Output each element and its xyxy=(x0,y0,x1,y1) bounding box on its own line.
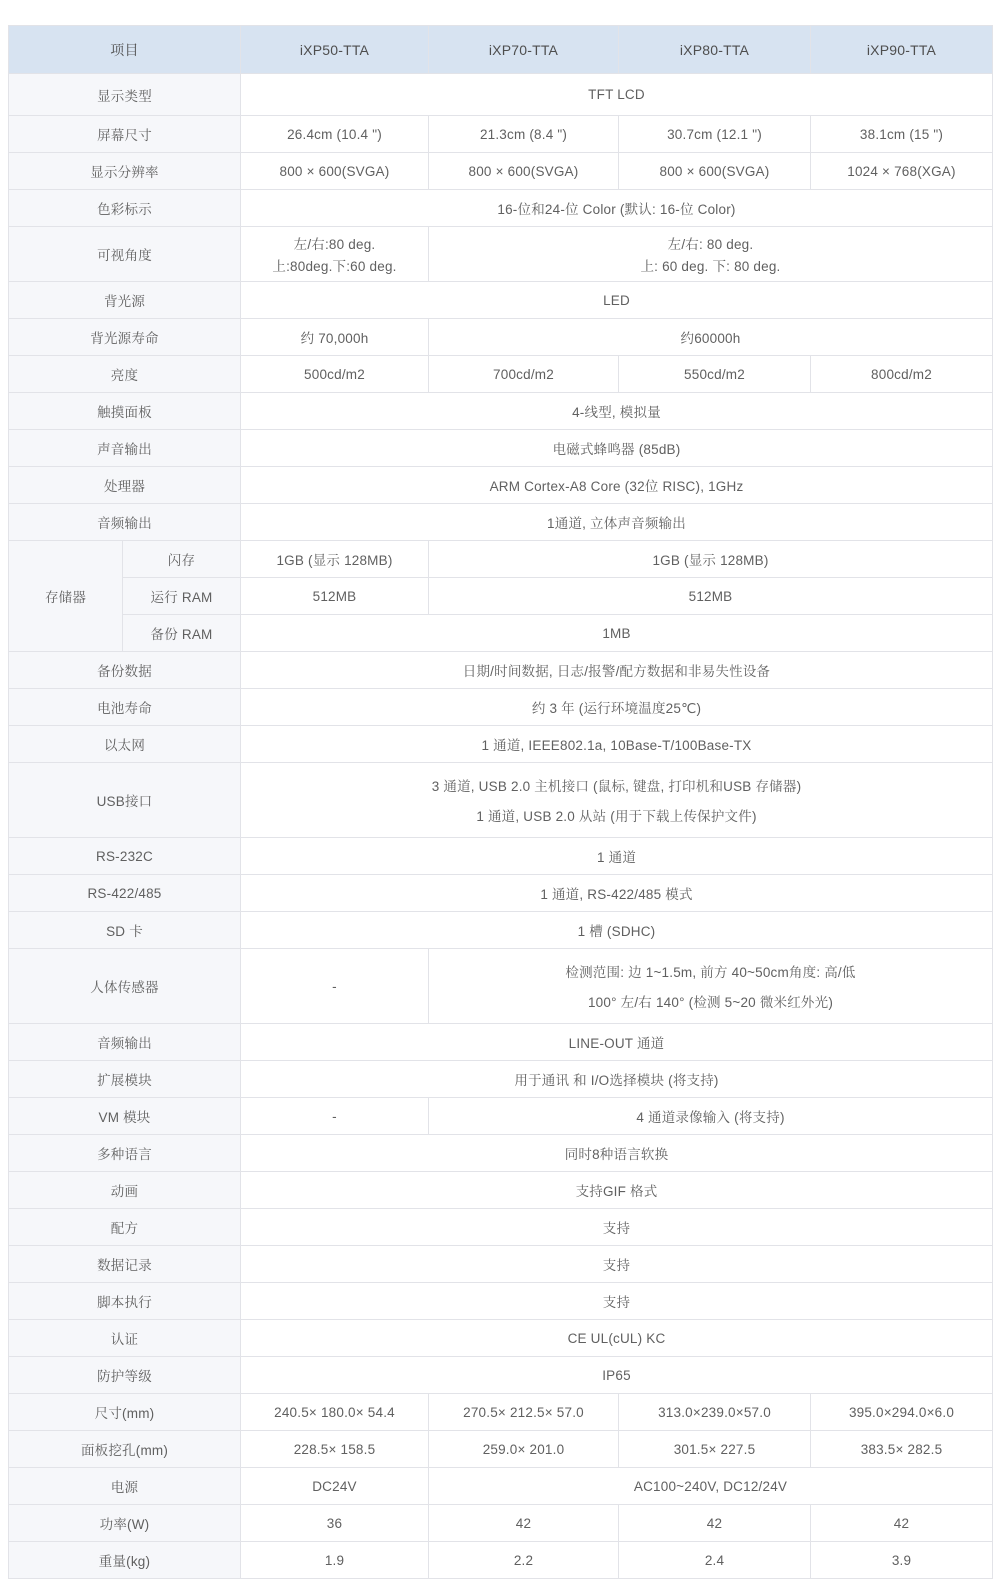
spec-value: 800 × 600(SVGA) xyxy=(241,153,429,190)
spec-value: - xyxy=(241,1098,429,1135)
spec-value: 240.5× 180.0× 54.4 xyxy=(241,1394,429,1431)
spec-value: 约 70,000h xyxy=(241,319,429,356)
row-label: 音频输出 xyxy=(9,1024,241,1061)
spec-value: TFT LCD xyxy=(241,74,993,116)
table-row: 数据记录支持 xyxy=(9,1246,993,1283)
table-row: 扩展模块用于通讯 和 I/O选择模块 (将支持) xyxy=(9,1061,993,1098)
spec-value: 1024 × 768(XGA) xyxy=(811,153,993,190)
table-row: 功率(W)36424242 xyxy=(9,1505,993,1542)
table-row: 电源DC24VAC100~240V, DC12/24V xyxy=(9,1468,993,1505)
spec-value: 用于通讯 和 I/O选择模块 (将支持) xyxy=(241,1061,993,1098)
row-label: 处理器 xyxy=(9,467,241,504)
spec-value: 1MB xyxy=(241,615,993,652)
row-label: 音频输出 xyxy=(9,504,241,541)
row-label: 背光源寿命 xyxy=(9,319,241,356)
spec-value-line: 上: 60 deg. 下: 80 deg. xyxy=(435,255,986,275)
spec-value: 1 通道, IEEE802.1a, 10Base-T/100Base-TX xyxy=(241,726,993,763)
row-label: 多种语言 xyxy=(9,1135,241,1172)
row-label: 可视角度 xyxy=(9,227,241,282)
row-label: 备份数据 xyxy=(9,652,241,689)
table-row: 屏幕尺寸26.4cm (10.4 ")21.3cm (8.4 ")30.7cm … xyxy=(9,116,993,153)
table-row: 面板挖孔(mm)228.5× 158.5259.0× 201.0301.5× 2… xyxy=(9,1431,993,1468)
row-label: 人体传感器 xyxy=(9,949,241,1024)
table-row: 色彩标示16-位和24-位 Color (默认: 16-位 Color) xyxy=(9,190,993,227)
row-label: 扩展模块 xyxy=(9,1061,241,1098)
row-label: 功率(W) xyxy=(9,1505,241,1542)
spec-value: 550cd/m2 xyxy=(619,356,811,393)
table-row: RS-232C1 通道 xyxy=(9,838,993,875)
column-header: iXP50-TTA xyxy=(241,26,429,74)
table-row: USB接口3 通道, USB 2.0 主机接口 (鼠标, 键盘, 打印机和USB… xyxy=(9,763,993,838)
table-row: 存储器闪存1GB (显示 128MB)1GB (显示 128MB) xyxy=(9,541,993,578)
table-row: 处理器ARM Cortex-A8 Core (32位 RISC), 1GHz xyxy=(9,467,993,504)
table-row: 认证CE UL(cUL) KC xyxy=(9,1320,993,1357)
spec-value: 512MB xyxy=(429,578,993,615)
spec-value-line: 3 通道, USB 2.0 主机接口 (鼠标, 键盘, 打印机和USB 存储器) xyxy=(247,775,986,795)
table-body: 显示类型TFT LCD屏幕尺寸26.4cm (10.4 ")21.3cm (8.… xyxy=(9,74,993,1579)
row-sublabel: 备份 RAM xyxy=(123,615,241,652)
spec-value: 42 xyxy=(429,1505,619,1542)
table-row: 防护等级IP65 xyxy=(9,1357,993,1394)
spec-value: 1GB (显示 128MB) xyxy=(429,541,993,578)
table-row: 显示类型TFT LCD xyxy=(9,74,993,116)
spec-value: 检测范围: 边 1~1.5m, 前方 40~50cm角度: 高/低100° 左/… xyxy=(429,949,993,1024)
spec-value: 4 通道录像输入 (将支持) xyxy=(429,1098,993,1135)
spec-value: 395.0×294.0×6.0 xyxy=(811,1394,993,1431)
spec-value: DC24V xyxy=(241,1468,429,1505)
table-row: 背光源LED xyxy=(9,282,993,319)
spec-value: 约 3 年 (运行环境温度25℃) xyxy=(241,689,993,726)
spec-value-line: 左/右: 80 deg. xyxy=(435,233,986,253)
spec-value-line: 上:80deg.下:60 deg. xyxy=(247,255,422,275)
table-row: 背光源寿命约 70,000h约60000h xyxy=(9,319,993,356)
row-label: 声音输出 xyxy=(9,430,241,467)
table-row: 亮度500cd/m2700cd/m2550cd/m2800cd/m2 xyxy=(9,356,993,393)
row-label: 动画 xyxy=(9,1172,241,1209)
row-label: 电源 xyxy=(9,1468,241,1505)
table-row: 显示分辨率800 × 600(SVGA)800 × 600(SVGA)800 ×… xyxy=(9,153,993,190)
spec-value: 约60000h xyxy=(429,319,993,356)
spec-value: 同时8种语言软换 xyxy=(241,1135,993,1172)
spec-value: 4-线型, 模拟量 xyxy=(241,393,993,430)
spec-value: 26.4cm (10.4 ") xyxy=(241,116,429,153)
spec-value: LED xyxy=(241,282,993,319)
row-label: 数据记录 xyxy=(9,1246,241,1283)
spec-value-line: 1 通道, USB 2.0 从站 (用于下载上传保护文件) xyxy=(247,805,986,825)
spec-value: 日期/时间数据, 日志/报警/配方数据和非易失性设备 xyxy=(241,652,993,689)
spec-value: ARM Cortex-A8 Core (32位 RISC), 1GHz xyxy=(241,467,993,504)
spec-value: AC100~240V, DC12/24V xyxy=(429,1468,993,1505)
row-label: 显示类型 xyxy=(9,74,241,116)
spec-value: 左/右:80 deg.上:80deg.下:60 deg. xyxy=(241,227,429,282)
spec-value: 301.5× 227.5 xyxy=(619,1431,811,1468)
table-row: 备份 RAM1MB xyxy=(9,615,993,652)
table-row: 尺寸(mm)240.5× 180.0× 54.4270.5× 212.5× 57… xyxy=(9,1394,993,1431)
table-row: SD 卡1 槽 (SDHC) xyxy=(9,912,993,949)
row-label: 电池寿命 xyxy=(9,689,241,726)
spec-page: 项目iXP50-TTAiXP70-TTAiXP80-TTAiXP90-TTA 显… xyxy=(0,0,1000,1589)
column-header: iXP90-TTA xyxy=(811,26,993,74)
spec-value: 支持 xyxy=(241,1283,993,1320)
spec-value: 800 × 600(SVGA) xyxy=(619,153,811,190)
spec-value: 42 xyxy=(811,1505,993,1542)
table-header: 项目iXP50-TTAiXP70-TTAiXP80-TTAiXP90-TTA xyxy=(9,26,993,74)
spec-value: 500cd/m2 xyxy=(241,356,429,393)
table-header-row: 项目iXP50-TTAiXP70-TTAiXP80-TTAiXP90-TTA xyxy=(9,26,993,74)
spec-value: 30.7cm (12.1 ") xyxy=(619,116,811,153)
spec-value: 36 xyxy=(241,1505,429,1542)
spec-value: - xyxy=(241,949,429,1024)
spec-value: 左/右: 80 deg.上: 60 deg. 下: 80 deg. xyxy=(429,227,993,282)
row-label: USB接口 xyxy=(9,763,241,838)
table-row: 运行 RAM512MB512MB xyxy=(9,578,993,615)
table-row: 触摸面板4-线型, 模拟量 xyxy=(9,393,993,430)
table-row: 音频输出1通道, 立体声音频输出 xyxy=(9,504,993,541)
spec-value: 1 槽 (SDHC) xyxy=(241,912,993,949)
spec-value: IP65 xyxy=(241,1357,993,1394)
spec-value: 383.5× 282.5 xyxy=(811,1431,993,1468)
spec-value: 313.0×239.0×57.0 xyxy=(619,1394,811,1431)
spec-value: 38.1cm (15 ") xyxy=(811,116,993,153)
spec-value: 259.0× 201.0 xyxy=(429,1431,619,1468)
table-row: 以太网1 通道, IEEE802.1a, 10Base-T/100Base-TX xyxy=(9,726,993,763)
row-sublabel: 闪存 xyxy=(123,541,241,578)
spec-value: CE UL(cUL) KC xyxy=(241,1320,993,1357)
row-group-label: 存储器 xyxy=(9,541,123,652)
table-row: 可视角度左/右:80 deg.上:80deg.下:60 deg.左/右: 80 … xyxy=(9,227,993,282)
table-row: 声音输出电磁式蜂鸣器 (85dB) xyxy=(9,430,993,467)
spec-value: 42 xyxy=(619,1505,811,1542)
row-label: 亮度 xyxy=(9,356,241,393)
row-label: 背光源 xyxy=(9,282,241,319)
row-label: 以太网 xyxy=(9,726,241,763)
table-row: 音频输出LINE-OUT 通道 xyxy=(9,1024,993,1061)
table-row: 配方支持 xyxy=(9,1209,993,1246)
row-label: SD 卡 xyxy=(9,912,241,949)
spec-value: LINE-OUT 通道 xyxy=(241,1024,993,1061)
spec-value: 支持 xyxy=(241,1209,993,1246)
table-row: RS-422/4851 通道, RS-422/485 模式 xyxy=(9,875,993,912)
spec-value: 270.5× 212.5× 57.0 xyxy=(429,1394,619,1431)
table-row: VM 模块-4 通道录像输入 (将支持) xyxy=(9,1098,993,1135)
row-label: 防护等级 xyxy=(9,1357,241,1394)
spec-value-line: 检测范围: 边 1~1.5m, 前方 40~50cm角度: 高/低 xyxy=(435,961,986,981)
spec-value: 3 通道, USB 2.0 主机接口 (鼠标, 键盘, 打印机和USB 存储器)… xyxy=(241,763,993,838)
table-row: 动画支持GIF 格式 xyxy=(9,1172,993,1209)
row-label: 触摸面板 xyxy=(9,393,241,430)
spec-value: 16-位和24-位 Color (默认: 16-位 Color) xyxy=(241,190,993,227)
spec-value: 512MB xyxy=(241,578,429,615)
spec-value: 1GB (显示 128MB) xyxy=(241,541,429,578)
spec-value: 支持 xyxy=(241,1246,993,1283)
table-row: 脚本执行支持 xyxy=(9,1283,993,1320)
row-label: 尺寸(mm) xyxy=(9,1394,241,1431)
row-label: 脚本执行 xyxy=(9,1283,241,1320)
row-label: 配方 xyxy=(9,1209,241,1246)
spec-value: 电磁式蜂鸣器 (85dB) xyxy=(241,430,993,467)
row-label: VM 模块 xyxy=(9,1098,241,1135)
table-row: 人体传感器-检测范围: 边 1~1.5m, 前方 40~50cm角度: 高/低1… xyxy=(9,949,993,1024)
spec-value-line: 100° 左/右 140° (检测 5~20 微米红外光) xyxy=(435,991,986,1011)
row-label: 屏幕尺寸 xyxy=(9,116,241,153)
spec-value: 228.5× 158.5 xyxy=(241,1431,429,1468)
column-header: iXP70-TTA xyxy=(429,26,619,74)
column-header: iXP80-TTA xyxy=(619,26,811,74)
spec-value: 1通道, 立体声音频输出 xyxy=(241,504,993,541)
row-label: 面板挖孔(mm) xyxy=(9,1431,241,1468)
table-row: 电池寿命约 3 年 (运行环境温度25℃) xyxy=(9,689,993,726)
spec-value: 800cd/m2 xyxy=(811,356,993,393)
spec-value: 700cd/m2 xyxy=(429,356,619,393)
spec-value: 1 通道, RS-422/485 模式 xyxy=(241,875,993,912)
row-label: RS-232C xyxy=(9,838,241,875)
spec-value: 1 通道 xyxy=(241,838,993,875)
spec-value-line: 左/右:80 deg. xyxy=(247,233,422,253)
spec-table: 项目iXP50-TTAiXP70-TTAiXP80-TTAiXP90-TTA 显… xyxy=(8,25,993,1579)
row-label: 认证 xyxy=(9,1320,241,1357)
spec-value: 21.3cm (8.4 ") xyxy=(429,116,619,153)
column-header: 项目 xyxy=(9,26,241,74)
row-label: 色彩标示 xyxy=(9,190,241,227)
spec-value: 800 × 600(SVGA) xyxy=(429,153,619,190)
row-sublabel: 运行 RAM xyxy=(123,578,241,615)
table-row: 备份数据日期/时间数据, 日志/报警/配方数据和非易失性设备 xyxy=(9,652,993,689)
spec-value: 支持GIF 格式 xyxy=(241,1172,993,1209)
row-label: RS-422/485 xyxy=(9,875,241,912)
row-label: 显示分辨率 xyxy=(9,153,241,190)
table-row: 多种语言同时8种语言软换 xyxy=(9,1135,993,1172)
